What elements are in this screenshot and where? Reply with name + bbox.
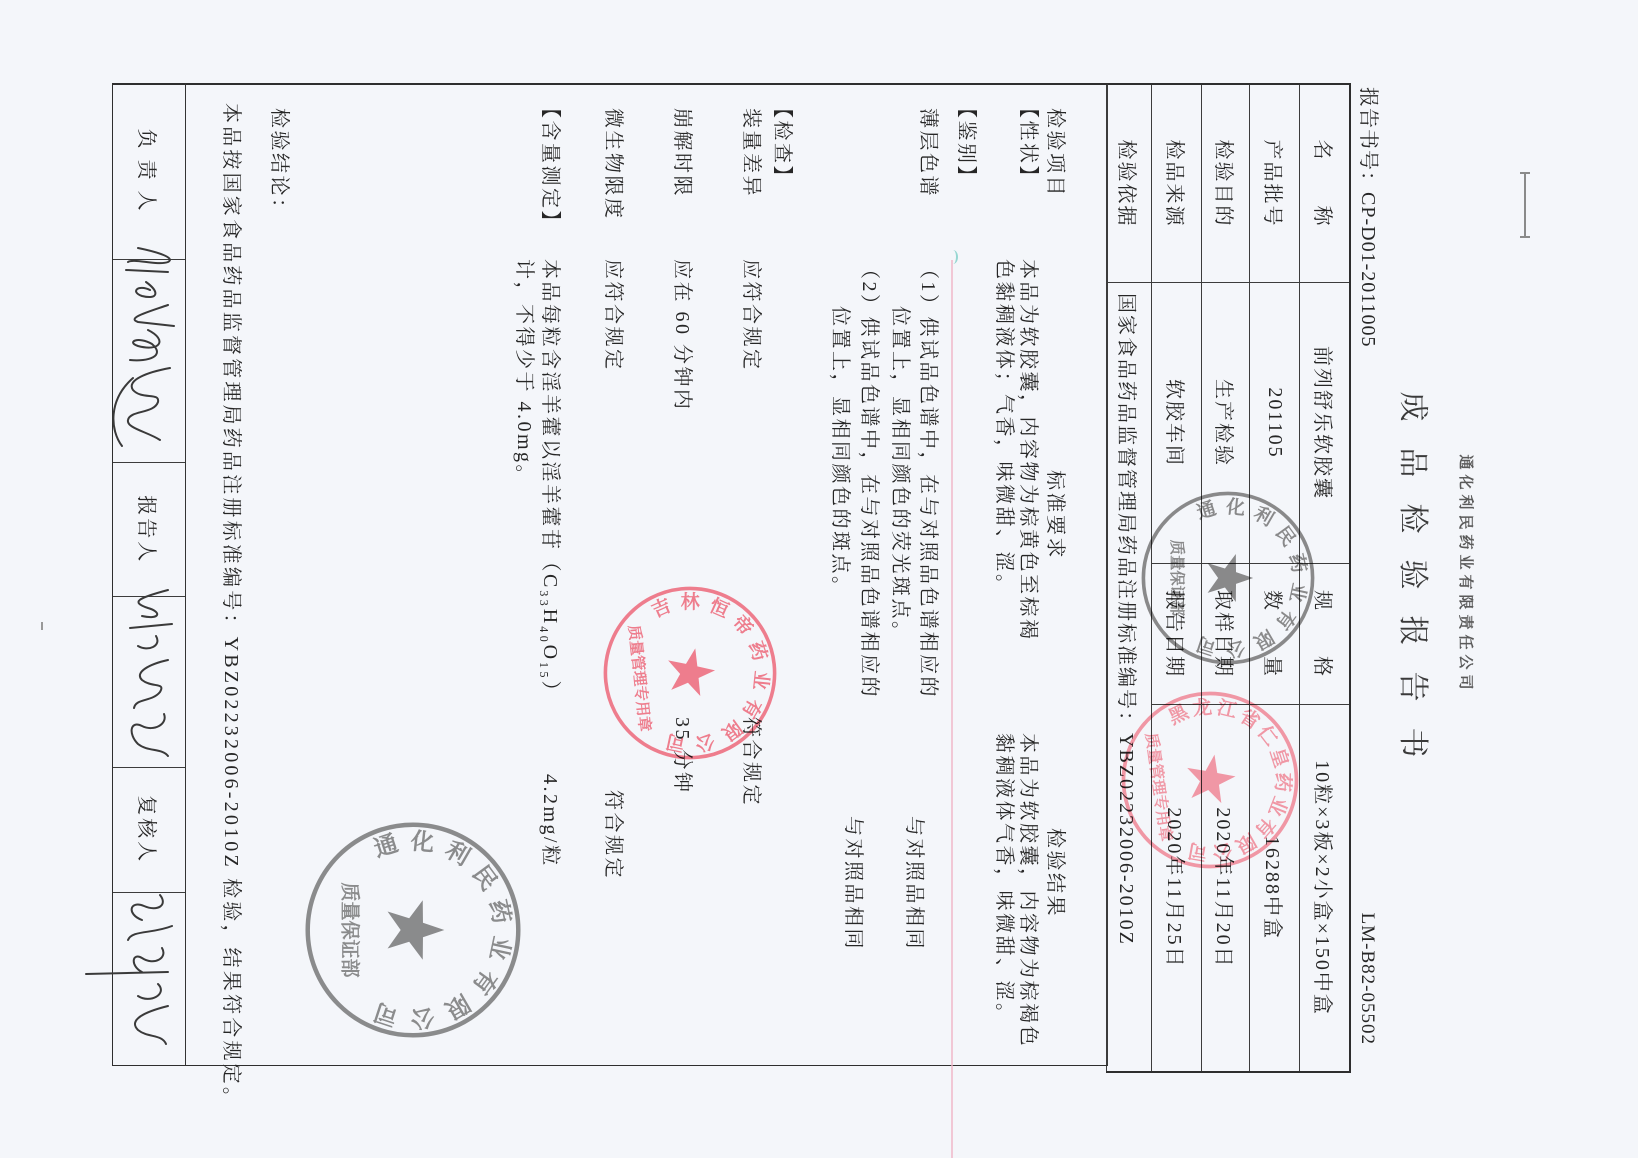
appearance-standard: 色黏稠液体；气香，味微甜、涩。 [992,259,1016,597]
stamp-graphic: 吉林恒帝药业有限公司质量管理专用章 [591,574,789,772]
inspection-standard: 应符合规定 [739,259,763,372]
identification-standard: 位置上，显相同颜色的荧光斑点。 [888,306,912,644]
identification-result: 与对照品相同 [902,816,926,951]
section-assay: 【含量测定】 [538,98,562,233]
star-icon [388,900,445,960]
quality-assurance-stamp: 通化利民药业有限公司质量保证部 [301,818,525,1042]
appearance-result: 黏稠液体气香，味微甜、涩。 [992,733,1016,1026]
scanned-page: 通化利民药业有限责任公司 成品检验报告书 报告书号：CP-D01-2011005… [0,0,1638,1158]
supplier-stamp: 黑龙江省仁皇药业有限公司质量管理专用章 [1106,676,1314,884]
star-icon [1208,554,1254,602]
signature-label-reporter: 报告人 [113,462,185,596]
inspection-standard: 应在 60 分钟内 [670,259,694,412]
label-batch: 产品批号 [1250,84,1300,283]
inspection-standard: 应符合规定 [601,259,625,372]
svg-text:黑龙江省仁皇药业有限公司: 黑龙江省仁皇药业有限公司 [1164,685,1306,868]
star-icon [667,647,717,699]
svg-text:质量管理专用章: 质量管理专用章 [625,624,654,732]
label-purpose: 检验目的 [1202,84,1250,283]
inspection-report: 通化利民药业有限责任公司 成品检验报告书 报告书号：CP-D01-2011005… [0,0,1638,1158]
svg-text:质量保证部: 质量保证部 [339,882,362,977]
scan-artifact-line [952,260,954,1158]
svg-text:质量保证部: 质量保证部 [1168,540,1186,617]
inspection-item: 微生物限度 [601,108,625,221]
label-source: 检品来源 [1152,84,1202,283]
company-name: 通化利民药业有限责任公司 [1455,83,1475,1066]
results-frame [112,83,1108,1066]
report-number: 报告书号：CP-D01-2011005 [1357,87,1379,347]
assay-result: 4.2mg/粒 [538,774,562,868]
svg-text:吉林恒帝药业有限公司: 吉林恒帝药业有限公司 [647,581,781,758]
stamp-graphic: 通化利民药业有限公司质量保证部 [301,818,525,1042]
quality-assurance-stamp: 通化利民药业有限公司质量保证部 [1138,488,1318,668]
signature-reporter [113,596,185,766]
identification-method: 薄层色谱 [916,108,940,198]
assay-standard: 本品每粒含淫羊藿以淫羊藿苷（C₃₃H₄₀O₁₅） [538,259,562,703]
assay-standard: 计，不得少于 4.0mg。 [512,259,536,487]
appearance-result: 本品为软胶囊，内容物为棕褐色 [1016,733,1040,1048]
conclusion-label: 检验结论： [267,108,291,221]
svg-text:质量管理专用章: 质量管理专用章 [1142,732,1176,843]
staple-mark [1524,172,1526,238]
inspection-result: 符合规定 [601,790,625,880]
identification-standard: （1）供试品色谱中，在与对照品色谱相应的 [916,259,940,699]
signature-row: 负 责 人 报告人 复核人 [112,83,186,1066]
inspection-item: 装量差异 [739,108,763,198]
section-appearance: 【性状】 [1016,98,1040,188]
form-code: LM-B82-05502 [1356,913,1378,1045]
appearance-standard: 本品为软胶囊，内容物为棕黄色至棕褐 [1016,259,1040,642]
report-title: 成品检验报告书 [1395,83,1429,1066]
stamp-graphic: 通化利民药业有限公司质量保证部 [1138,488,1318,668]
signature-reviewer [113,892,185,1066]
label-name: 名 称 [1300,84,1351,283]
label-basis: 检验依据 [1107,84,1152,283]
value-basis: 国家食品药品监督管理局药品注册标准编号：YBZ02232006-2010Z [1107,283,1152,1073]
identification-standard: 位置上，显相同颜色的斑点。 [828,306,852,599]
value-spec: 10粒×3板×2小盒×150中盒 [1300,705,1351,1073]
inspection-item: 崩解时限 [670,108,694,198]
section-identification: 【鉴别】 [954,98,978,188]
column-header-standard: 标准要求 [1043,470,1067,560]
signature-label-reviewer: 复核人 [113,767,185,892]
star-icon [1186,752,1239,807]
identification-standard: （2）供试品色谱中，在与对照品色谱相应的 [857,259,881,699]
identification-result: 与对照品相同 [841,816,865,951]
section-inspection: 【检查】 [770,98,794,188]
signature-responsible [113,259,185,462]
column-header-result: 检验结果 [1043,828,1067,918]
report-number-label: 报告书号： [1357,87,1379,192]
stamp-graphic: 黑龙江省仁皇药业有限公司质量管理专用章 [1106,676,1314,884]
scan-artifact-mark [948,250,958,264]
scan-mark [41,622,43,630]
column-header-item: 检验项目 [1043,108,1067,198]
supplier-stamp: 吉林恒帝药业有限公司质量管理专用章 [591,574,789,772]
report-number-value: CP-D01-2011005 [1357,192,1379,347]
signature-label-responsible: 负 责 人 [113,83,185,259]
conclusion-text: 本品按国家食品药品监督管理局药品注册标准编号：YBZ02232006-2010Z… [219,103,243,1110]
